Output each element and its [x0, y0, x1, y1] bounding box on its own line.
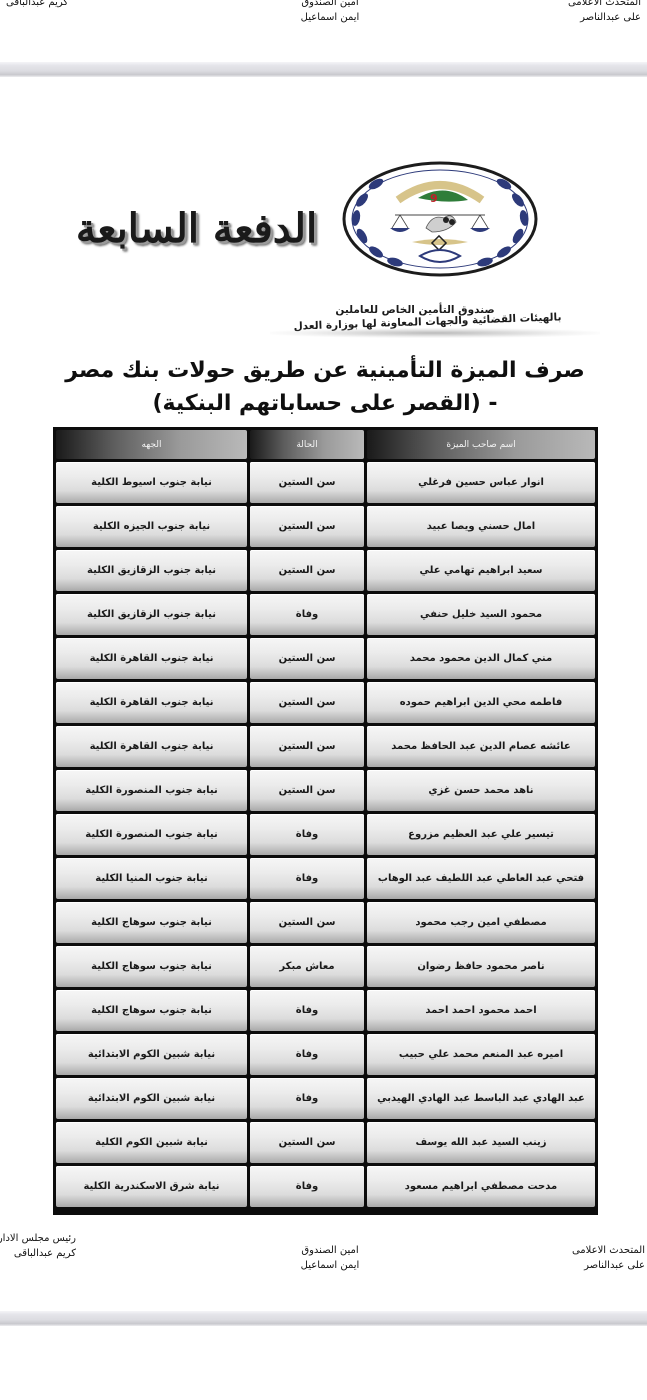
document-title-line1: صرف الميزة التأمينية عن طريق حولات بنك م… — [40, 358, 610, 383]
table-row: اميره عبد المنعم محمد علي حبيب وفاة نياب… — [56, 1034, 595, 1075]
cell-status: سن الستين — [250, 462, 364, 503]
cell-name: محمود السيد خليل حنفي — [367, 594, 595, 635]
table-row: زينب السيد عبد الله يوسف سن الستين نيابة… — [56, 1122, 595, 1163]
table-row: فتحي عبد العاطي عبد اللطيف عبد الوهاب وف… — [56, 858, 595, 899]
cell-entity: نيابة جنوب سوهاج الكلية — [56, 902, 247, 943]
org-underline-shadow — [270, 328, 600, 338]
table-row: مدحت مصطفي ابراهيم مسعود وفاة نيابة شرق … — [56, 1166, 595, 1207]
cell-status: وفاة — [250, 1078, 364, 1119]
cell-entity: نيابة شبين الكوم الابتدائية — [56, 1034, 247, 1075]
cell-entity: نيابة جنوب القاهرة الكلية — [56, 638, 247, 679]
table-row: تيسير علي عبد العظيم مزروع وفاة نيابة جن… — [56, 814, 595, 855]
cell-entity: نيابة شبين الكوم الابتدائية — [56, 1078, 247, 1119]
cell-name: زينب السيد عبد الله يوسف — [367, 1122, 595, 1163]
cell-name: مصطفي امين رجب محمود — [367, 902, 595, 943]
cell-entity: نيابة شبين الكوم الكلية — [56, 1122, 247, 1163]
top-signature-strip: المتحدث الاعلامى على عبدالناصر امين الصن… — [0, 0, 647, 30]
cell-name: عبد الهادي عبد الباسط عبد الهادي الهيدبي — [367, 1078, 595, 1119]
signature-role: امين الصندوق — [280, 1243, 380, 1258]
fund-logo-emblem: 9 — [340, 160, 540, 278]
cell-status: معاش مبكر — [250, 946, 364, 987]
cell-name: سعيد ابراهيم تهامي علي — [367, 550, 595, 591]
column-header-status: الحالة — [250, 430, 364, 459]
cell-status: سن الستين — [250, 638, 364, 679]
cell-status: وفاة — [250, 594, 364, 635]
signature-spokesperson: المتحدث الاعلامى على عبدالناصر — [572, 1243, 645, 1273]
cell-name: اميره عبد المنعم محمد علي حبيب — [367, 1034, 595, 1075]
cell-entity: نيابة جنوب الجيزه الكلية — [56, 506, 247, 547]
cell-entity: نيابة جنوب الزقازيق الكلية — [56, 594, 247, 635]
batch-title: الدفعة السابعة — [64, 205, 329, 252]
cell-entity: نيابة جنوب المنصورة الكلية — [56, 770, 247, 811]
signature-name: ايمن اسماعيل — [280, 10, 380, 25]
signature-name: على عبدالناصر — [572, 1258, 645, 1273]
signature-role: رئيس مجلس الادارة — [0, 1231, 76, 1246]
logo-number: 9 — [430, 192, 438, 205]
signature-role: امين الصندوق — [280, 0, 380, 10]
cell-name: تيسير علي عبد العظيم مزروع — [367, 814, 595, 855]
page-divider-bottom — [0, 1311, 647, 1326]
top-signature-spokesperson: المتحدث الاعلامى على عبدالناصر — [568, 0, 641, 25]
signature-treasurer: امين الصندوق ايمن اسماعيل — [280, 1243, 380, 1273]
table-row: مصطفي امين رجب محمود سن الستين نيابة جنو… — [56, 902, 595, 943]
cell-name: ناهد محمد حسن غزي — [367, 770, 595, 811]
signature-name: كريم عبدالباقى — [6, 0, 68, 10]
table-row: محمود السيد خليل حنفي وفاة نيابة جنوب ال… — [56, 594, 595, 635]
cell-name: مدحت مصطفي ابراهيم مسعود — [367, 1166, 595, 1207]
cell-name: فاطمه محي الدين ابراهيم حموده — [367, 682, 595, 723]
table-row: عبد الهادي عبد الباسط عبد الهادي الهيدبي… — [56, 1078, 595, 1119]
signature-role: المتحدث الاعلامى — [568, 0, 641, 10]
table-row: انوار عباس حسين فرغلي سن الستين نيابة جن… — [56, 462, 595, 503]
cell-status: سن الستين — [250, 506, 364, 547]
cell-status: وفاة — [250, 1034, 364, 1075]
cell-status: سن الستين — [250, 902, 364, 943]
cell-entity: نيابة جنوب المنيا الكلية — [56, 858, 247, 899]
cell-status: سن الستين — [250, 682, 364, 723]
cell-name: ناصر محمود حافظ رضوان — [367, 946, 595, 987]
cell-name: احمد محمود احمد احمد — [367, 990, 595, 1031]
cell-name: امال حسني ويصا عبيد — [367, 506, 595, 547]
column-header-entity: الجهه — [56, 430, 247, 459]
cell-name: مني كمال الدين محمود محمد — [367, 638, 595, 679]
top-signature-treasurer: امين الصندوق ايمن اسماعيل — [280, 0, 380, 25]
cell-entity: نيابة جنوب المنصورة الكلية — [56, 814, 247, 855]
cell-name: عائشه عصام الدين عبد الحافظ محمد — [367, 726, 595, 767]
table-row: مني كمال الدين محمود محمد سن الستين نياب… — [56, 638, 595, 679]
cell-entity: نيابة جنوب سوهاج الكلية — [56, 990, 247, 1031]
cell-name: انوار عباس حسين فرغلي — [367, 462, 595, 503]
table-header-row: اسم صاحب الميزة الحالة الجهه — [56, 430, 595, 459]
signature-name: ايمن اسماعيل — [280, 1258, 380, 1273]
cell-entity: نيابة شرق الاسكندرية الكلية — [56, 1166, 247, 1207]
beneficiaries-table: اسم صاحب الميزة الحالة الجهه انوار عباس … — [53, 427, 598, 1215]
cell-status: وفاة — [250, 858, 364, 899]
cell-status: سن الستين — [250, 726, 364, 767]
cell-status: سن الستين — [250, 1122, 364, 1163]
signature-chairman: رئيس مجلس الادارة كريم عبدالباقى — [0, 1231, 76, 1261]
signature-name: على عبدالناصر — [568, 10, 641, 25]
cell-status: وفاة — [250, 1166, 364, 1207]
signature-name: كريم عبدالباقى — [0, 1246, 76, 1261]
cell-entity: نيابة جنوب القاهرة الكلية — [56, 726, 247, 767]
table-row: فاطمه محي الدين ابراهيم حموده سن الستين … — [56, 682, 595, 723]
cell-status: وفاة — [250, 814, 364, 855]
cell-entity: نيابة جنوب القاهرة الكلية — [56, 682, 247, 723]
page-divider-top — [0, 62, 647, 77]
cell-status: سن الستين — [250, 770, 364, 811]
column-header-beneficiary-name: اسم صاحب الميزة — [367, 430, 595, 459]
cell-entity: نيابة جنوب سوهاج الكلية — [56, 946, 247, 987]
table-row: احمد محمود احمد احمد وفاة نيابة جنوب سوه… — [56, 990, 595, 1031]
table-row: ناهد محمد حسن غزي سن الستين نيابة جنوب ا… — [56, 770, 595, 811]
cell-entity: نيابة جنوب الزقازيق الكلية — [56, 550, 247, 591]
document-title-line2: - (القصر على حساباتهم البنكية) — [40, 391, 610, 416]
signature-role: المتحدث الاعلامى — [572, 1243, 645, 1258]
table-row: عائشه عصام الدين عبد الحافظ محمد سن الست… — [56, 726, 595, 767]
cell-name: فتحي عبد العاطي عبد اللطيف عبد الوهاب — [367, 858, 595, 899]
cell-status: سن الستين — [250, 550, 364, 591]
top-signature-chairman: كريم عبدالباقى — [6, 0, 68, 10]
cell-entity: نيابة جنوب اسيوط الكلية — [56, 462, 247, 503]
table-row: امال حسني ويصا عبيد سن الستين نيابة جنوب… — [56, 506, 595, 547]
table-row: سعيد ابراهيم تهامي علي سن الستين نيابة ج… — [56, 550, 595, 591]
table-row: ناصر محمود حافظ رضوان معاش مبكر نيابة جن… — [56, 946, 595, 987]
cell-status: وفاة — [250, 990, 364, 1031]
